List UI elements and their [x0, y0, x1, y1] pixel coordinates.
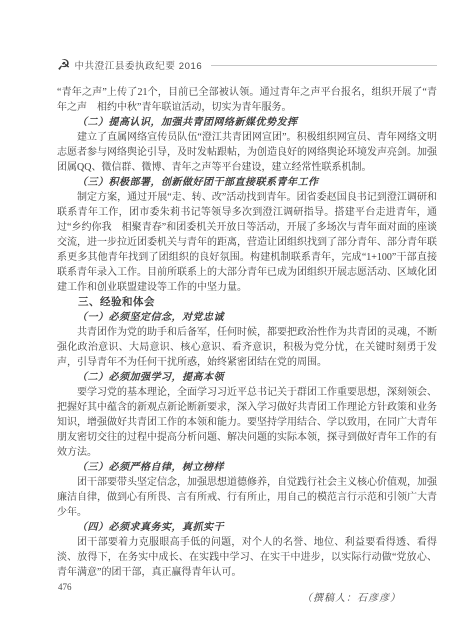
- page-header: ☭ 中共澄江县委执政纪要 2016: [57, 56, 437, 74]
- header-rule: [211, 65, 437, 66]
- paragraph: 制定方案，通过开展“走、转、改”活动找到青年。团省委赵国良书记到澄江调研和联系青…: [57, 190, 437, 295]
- sub-heading: （四）必须求真务实，真抓实干: [57, 520, 437, 535]
- party-emblem-icon: ☭: [57, 58, 70, 73]
- paragraph-continued: “青年之声”上传了21个，目前已全部被认领。通过青年之声平台报名，组织开展了“青…: [57, 85, 437, 115]
- sub-heading: （二）必须加强学习，提高本领: [57, 370, 437, 385]
- paragraph: 共青团作为党的助手和后备军，任何时候，都要把政治性作为共青团的灵魂，不断强化政治…: [57, 325, 437, 370]
- header-title: 中共澄江县委执政纪要 2016: [74, 58, 202, 72]
- paragraph: 要学习党的基本理论，全面学习习近平总书记关于群团工作重要思想，深刻领会、把握好其…: [57, 385, 437, 460]
- page-number: 476: [58, 582, 72, 592]
- sub-heading: （一）必须坚定信念，对党忠诚: [57, 310, 437, 325]
- page-footer: 476: [58, 582, 72, 592]
- sub-heading: （三）积极部署，创新做好团干部直接联系青年工作: [57, 175, 437, 190]
- paragraph: 团干部要着力克服眼高手低的问题，对个人的名誉、地位、利益要看得透、看得淡、放得下…: [57, 535, 437, 580]
- paragraph: 建立了直属网络宣传员队伍“澄江共青团网宣团”。积极组织网宣员、青年网络文明志愿者…: [57, 130, 437, 175]
- sub-heading: （三）必须严格自律，树立榜样: [57, 460, 437, 475]
- document-body: “青年之声”上传了21个，目前已全部被认领。通过青年之声平台报名，组织开展了“青…: [57, 85, 437, 606]
- section-heading: 三、经验和体会: [57, 295, 437, 310]
- paragraph: 团干部要带头坚定信念，加强思想道德修养，自觉践行社会主义核心价值观，加强廉洁自律…: [57, 475, 437, 520]
- document-page: ☭ 中共澄江县委执政纪要 2016 “青年之声”上传了21个，目前已全部被认领。…: [0, 0, 468, 640]
- byline: （撰稿人：石彦彦）: [57, 591, 437, 606]
- sub-heading: （二）提高认识，加强共青团网络新媒优势发挥: [57, 115, 437, 130]
